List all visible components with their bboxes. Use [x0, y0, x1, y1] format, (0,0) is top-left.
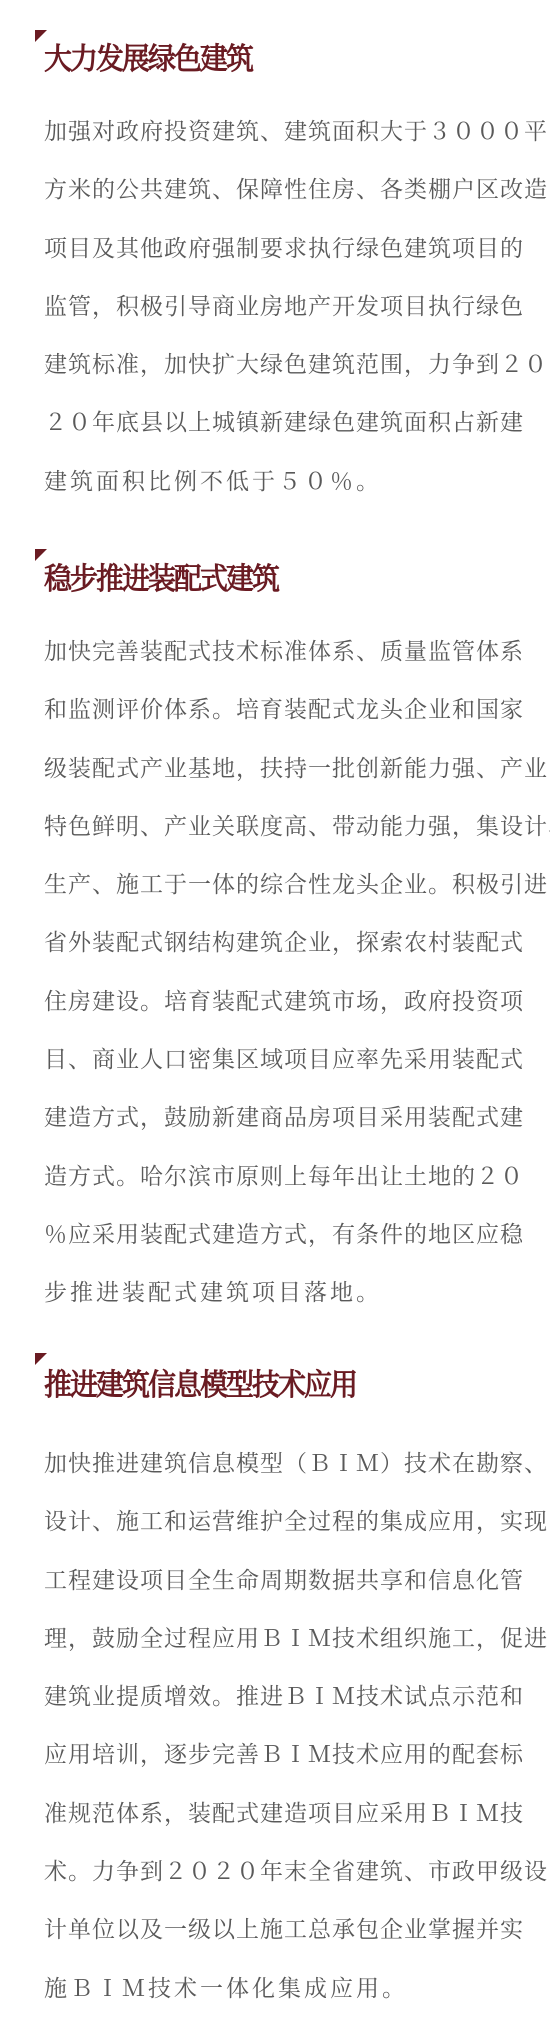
paragraph-line: 目、商业人口密集区域项目应率先采用装配式 [44, 1031, 506, 1089]
section-paragraph: 加快推进建筑信息模型（ＢＩＭ）技术在勘察、 设计、施工和运营维护全过程的集成应用… [44, 1435, 506, 2018]
paragraph-line: 术。力争到２０２０年末全省建筑、市政甲级设 [44, 1843, 506, 1901]
paragraph-line: 特色鲜明、产业关联度高、带动能力强，集设计、 [44, 798, 506, 856]
section-title: 大力发展绿色建筑 [44, 42, 252, 77]
paragraph-line: 方米的公共建筑、保障性住房、各类棚户区改造 [44, 161, 506, 219]
paragraph-line: 住房建设。培育装配式建筑市场，政府投资项 [44, 973, 506, 1031]
paragraph-line: 理，鼓励全过程应用ＢＩＭ技术组织施工，促进 [44, 1610, 506, 1668]
paragraph-line: 建筑标准，加快扩大绿色建筑范围，力争到２０ [44, 336, 506, 394]
corner-triangle-icon [35, 1353, 47, 1365]
paragraph-line: ２０年底县以上城镇新建绿色建筑面积占新建 [44, 394, 506, 452]
paragraph-line: 加强对政府投资建筑、建筑面积大于３０００平 [44, 103, 506, 161]
paragraph-line: 和监测评价体系。培育装配式龙头企业和国家 [44, 681, 506, 739]
paragraph-line: 步推进装配式建筑项目落地。 [44, 1264, 506, 1322]
paragraph-line: 造方式。哈尔滨市原则上每年出让土地的２０ [44, 1148, 506, 1206]
paragraph-line: 省外装配式钢结构建筑企业，探索农村装配式 [44, 914, 506, 972]
paragraph-line: 准规范体系，装配式建造项目应采用ＢＩＭ技 [44, 1785, 506, 1843]
paragraph-line: 施ＢＩＭ技术一体化集成应用。 [44, 1960, 506, 2018]
section-paragraph: 加强对政府投资建筑、建筑面积大于３０００平 方米的公共建筑、保障性住房、各类棚户… [44, 103, 506, 511]
paragraph-line: 计单位以及一级以上施工总承包企业掌握并实 [44, 1901, 506, 1959]
section-title: 推进建筑信息模型技术应用 [44, 1368, 356, 1403]
paragraph-line: ％应采用装配式建造方式，有条件的地区应稳 [44, 1206, 506, 1264]
paragraph-line: 建筑业提质增效。推进ＢＩＭ技术试点示范和 [44, 1668, 506, 1726]
paragraph-line: 建筑面积比例不低于５０％。 [44, 453, 506, 511]
paragraph-line: 工程建设项目全生命周期数据共享和信息化管 [44, 1552, 506, 1610]
paragraph-line: 项目及其他政府强制要求执行绿色建筑项目的 [44, 220, 506, 278]
paragraph-line: 监管，积极引导商业房地产开发项目执行绿色 [44, 278, 506, 336]
paragraph-line: 设计、施工和运营维护全过程的集成应用，实现 [44, 1493, 506, 1551]
corner-triangle-icon [35, 549, 47, 561]
paragraph-line: 应用培训，逐步完善ＢＩＭ技术应用的配套标 [44, 1726, 506, 1784]
paragraph-line: 级装配式产业基地，扶持一批创新能力强、产业 [44, 740, 506, 798]
paragraph-line: 加快完善装配式技术标准体系、质量监管体系 [44, 623, 506, 681]
section-paragraph: 加快完善装配式技术标准体系、质量监管体系 和监测评价体系。培育装配式龙头企业和国… [44, 623, 506, 1323]
section-title: 稳步推进装配式建筑 [44, 562, 278, 597]
paragraph-line: 加快推进建筑信息模型（ＢＩＭ）技术在勘察、 [44, 1435, 506, 1493]
paragraph-line: 建造方式，鼓励新建商品房项目采用装配式建 [44, 1089, 506, 1147]
paragraph-line: 生产、施工于一体的综合性龙头企业。积极引进 [44, 856, 506, 914]
